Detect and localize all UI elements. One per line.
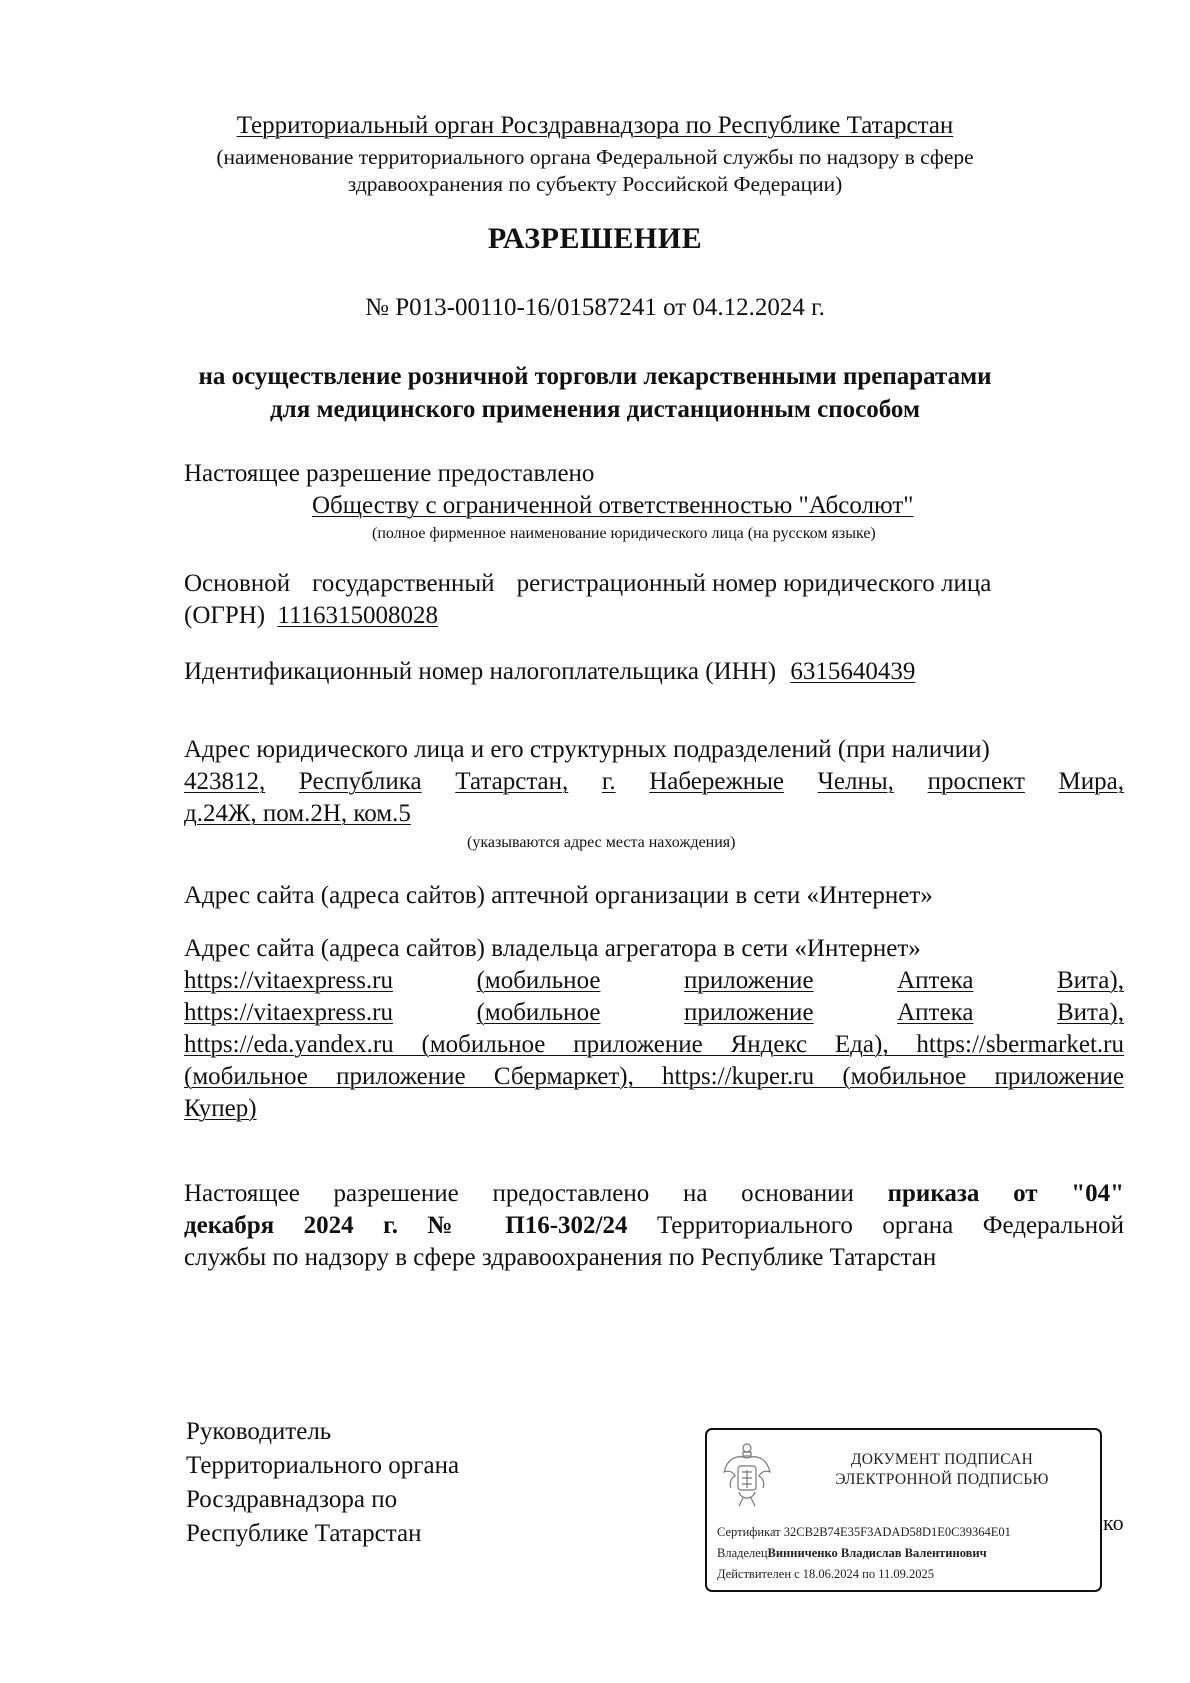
address-line2: д.24Ж, пом.2Н, ком.5 [184, 798, 411, 830]
aggregator-row-5: Купер) [184, 1093, 257, 1125]
coat-of-arms-icon [721, 1440, 773, 1510]
subtitle-line2: для медицинского применения дистанционны… [0, 393, 1190, 426]
ogrn-label: (ОГРН) [184, 602, 265, 629]
inn-label: Идентификационный номер налогоплательщик… [184, 658, 776, 685]
owner-label: Владелец [717, 1546, 768, 1560]
address-word: Татарстан, [455, 766, 568, 798]
signer-line: Территориального органа [186, 1449, 459, 1483]
inn-line: Идентификационный номер налогоплательщик… [184, 656, 915, 688]
signer-line: Руководитель [186, 1415, 459, 1449]
aggregator-sites-label: Адрес сайта (адреса сайтов) владельца аг… [184, 933, 921, 965]
pharmacy-site-label: Адрес сайта (адреса сайтов) аптечной орг… [184, 880, 933, 912]
address-line2-text: д.24Ж, пом.2Н, ком.5 [184, 800, 411, 827]
stamp-title-line1: ДОКУМЕНТ ПОДПИСАН [797, 1450, 1087, 1470]
address-word: Мира, [1059, 766, 1124, 798]
aggregator-word: (мобильное [477, 965, 601, 997]
aggregator-word: Вита), [1057, 965, 1124, 997]
authority-note: (наименование территориального органа Фе… [0, 144, 1190, 198]
basis-plain: Настоящее разрешение предоставлено на ос… [184, 1180, 854, 1207]
aggregator-row-2: https://vitaexpress.ru (мобильное прилож… [184, 997, 1124, 1029]
grantee-name-note: (полное фирменное наименование юридическ… [372, 525, 876, 543]
ogrn-word: Основной [184, 568, 290, 600]
address-note: (указываются адрес места нахождения) [467, 834, 736, 852]
aggregator-word: приложение [684, 965, 814, 997]
address-word: проспект [928, 766, 1025, 798]
address-line1: 423812, Республика Татарстан, г. Набереж… [184, 766, 1124, 798]
stamp-details: Сертификат 32CB2B74E35F3ADAD58D1E0C39364… [717, 1522, 1011, 1585]
ogrn-word: государственный [312, 568, 494, 600]
grantee-label: Настоящее разрешение предоставлено [184, 458, 594, 490]
authority-name: Территориальный орган Росздравнадзора по… [0, 112, 1190, 140]
aggregator-word: Вита), [1057, 997, 1124, 1029]
stamp-owner: ВладелецВинниченко Владислав Валентинови… [717, 1543, 1011, 1564]
document-title: РАЗРЕШЕНИЕ [0, 222, 1190, 256]
document-subtitle: на осуществление розничной торговли лека… [0, 360, 1190, 426]
stamp-title-line2: ЭЛЕКТРОННОЙ ПОДПИСЬЮ [797, 1470, 1087, 1490]
aggregator-row-5-text: Купер) [184, 1095, 257, 1122]
aggregator-row-1: https://vitaexpress.ru (мобильное прилож… [184, 965, 1124, 997]
subtitle-line1: на осуществление розничной торговли лека… [0, 360, 1190, 393]
aggregator-link[interactable]: https://vitaexpress.ru [184, 965, 393, 997]
aggregator-row-3: https://eda.yandex.ru (мобильное приложе… [184, 1029, 1124, 1061]
stamp-certificate: Сертификат 32CB2B74E35F3ADAD58D1E0C39364… [717, 1522, 1011, 1543]
stamp-validity: Действителен с 18.06.2024 по 11.09.2025 [717, 1564, 1011, 1585]
address-word: Челны, [818, 766, 894, 798]
basis-order-number: декабря 2024 г. № П16-302/24 [184, 1212, 627, 1239]
certificate-label: Сертификат [717, 1525, 781, 1539]
basis-line2: декабря 2024 г. № П16-302/24 Территориал… [184, 1210, 1124, 1242]
aggregator-link[interactable]: https://vitaexpress.ru [184, 997, 393, 1029]
basis-line1: Настоящее разрешение предоставлено на ос… [184, 1178, 1124, 1210]
aggregator-word: приложение [684, 997, 814, 1029]
basis-plain: Территориального органа Федеральной [657, 1212, 1124, 1239]
address-word: г. [602, 766, 616, 798]
address-word: Набережные [649, 766, 784, 798]
basis-order-ref: приказа от "04" [888, 1180, 1124, 1207]
signer-surname-tail: ко [1103, 1510, 1124, 1536]
certificate-value: 32CB2B74E35F3ADAD58D1E0C39364E01 [784, 1525, 1011, 1539]
authority-note-line1: (наименование территориального органа Фе… [0, 144, 1190, 171]
grantee-name-text: Обществу с ограниченной ответственностью… [312, 492, 914, 519]
ogrn-value: 1116315008028 [277, 602, 438, 629]
basis-line3: службы по надзору в сфере здравоохранени… [184, 1242, 936, 1274]
ogrn-word: регистрационный номер юридического лица [517, 568, 992, 600]
inn-value: 6315640439 [790, 658, 915, 685]
authority-name-text: Территориальный орган Росздравнадзора по… [233, 112, 958, 139]
signer-line: Росздравнадзора по [186, 1483, 459, 1517]
document-number: № Р013-00110-16/01587241 от 04.12.2024 г… [0, 294, 1190, 322]
owner-value: Винниченко Владислав Валентинович [768, 1546, 987, 1560]
stamp-title: ДОКУМЕНТ ПОДПИСАН ЭЛЕКТРОННОЙ ПОДПИСЬЮ [797, 1450, 1087, 1490]
signer-line: Республике Татарстан [186, 1517, 459, 1551]
ogrn-line2: (ОГРН) 1116315008028 [184, 600, 438, 632]
address-label: Адрес юридического лица и его структурны… [184, 734, 990, 766]
grantee-name: Обществу с ограниченной ответственностью… [312, 490, 914, 522]
signer-title: Руководитель Территориального органа Рос… [186, 1415, 459, 1551]
aggregator-word: Аптека [897, 965, 973, 997]
aggregator-row-4: (мобильное приложение Сбермаркет), https… [184, 1061, 1124, 1093]
address-word: Республика [299, 766, 422, 798]
aggregator-word: (мобильное [477, 997, 601, 1029]
e-signature-stamp: ДОКУМЕНТ ПОДПИСАН ЭЛЕКТРОННОЙ ПОДПИСЬЮ С… [705, 1428, 1102, 1592]
address-word: 423812, [184, 766, 265, 798]
aggregator-word: Аптека [897, 997, 973, 1029]
authority-note-line2: здравоохранения по субъекту Российской Ф… [0, 171, 1190, 198]
ogrn-label-line1: Основной государственный регистрационный… [184, 568, 1124, 600]
